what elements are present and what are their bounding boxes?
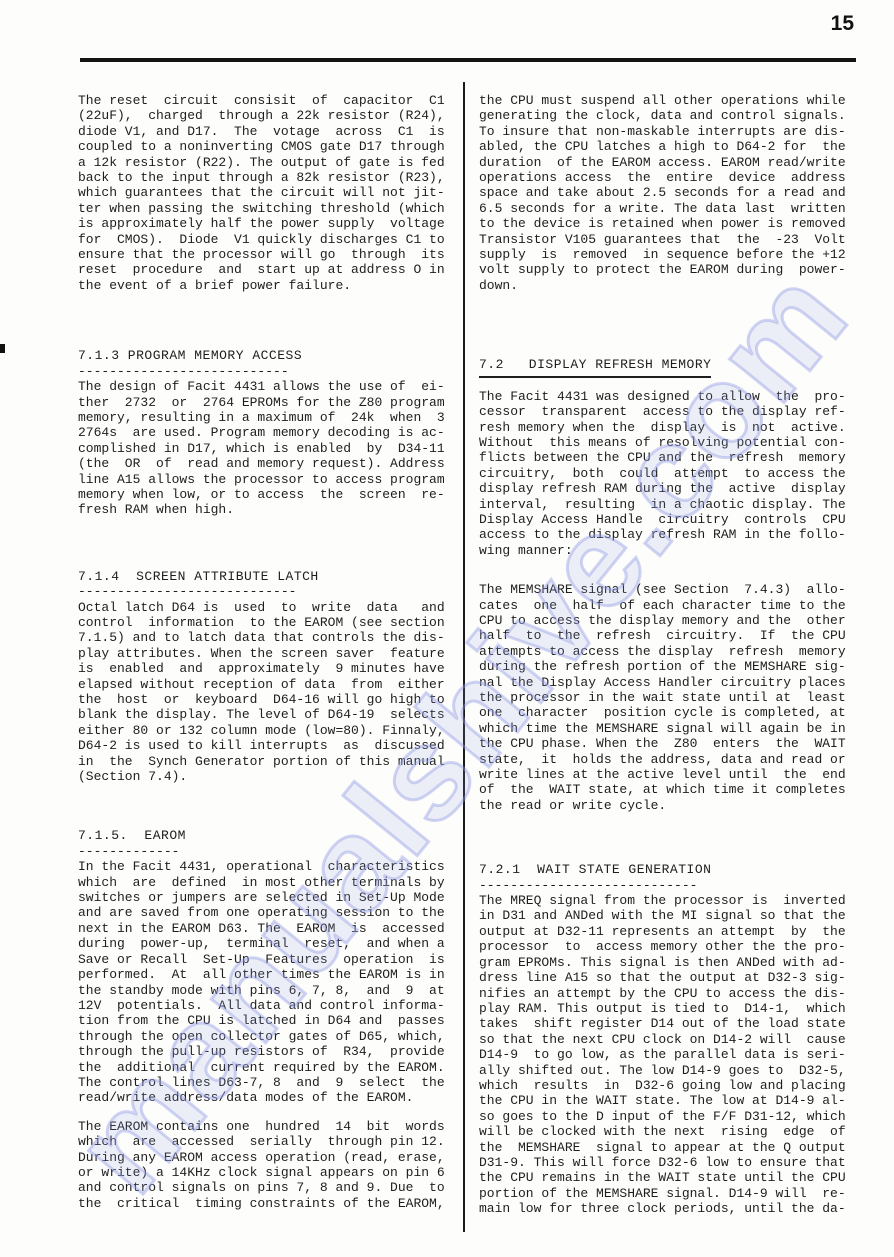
section-7-1-3-program-memory-access: 7.1.3 PROGRAM MEMORY ACCESS ------------…	[78, 348, 450, 517]
section-heading-underline: ----------------------------	[479, 878, 857, 893]
section-body: The design of Facit 4431 allows the use …	[78, 379, 450, 518]
section-body: The Facit 4431 was designed to allow the…	[479, 389, 857, 558]
left-column: The reset circuit consisit of capacitor …	[78, 93, 450, 1211]
section-7-1-4-screen-attribute-latch: 7.1.4 SCREEN ATTRIBUTE LATCH -----------…	[78, 569, 450, 785]
section-heading-underline: ---------------------------	[78, 364, 450, 379]
section-heading: 7.2 DISPLAY REFRESH MEMORY	[479, 357, 711, 377]
paragraph-cpu-suspend: the CPU must suspend all other operation…	[479, 93, 857, 293]
right-column: the CPU must suspend all other operation…	[479, 93, 857, 1217]
section-heading: 7.2.1 WAIT STATE GENERATION	[479, 862, 857, 877]
section-7-2-display-refresh-memory: 7.2 DISPLAY REFRESH MEMORY The Facit 443…	[479, 355, 857, 558]
paragraph-memshare: The MEMSHARE signal (see Section 7.4.3) …	[479, 582, 857, 813]
paragraph-earom-words: The EAROM contains one hundred 14 bit wo…	[78, 1119, 450, 1211]
section-body: The MREQ signal from the processor is in…	[479, 893, 857, 1217]
scan-edge-mark	[0, 344, 5, 353]
page-number: 15	[831, 12, 854, 36]
column-divider	[463, 82, 465, 1232]
section-heading-underline: -------------	[78, 844, 450, 859]
section-body: Octal latch D64 is used to write data an…	[78, 600, 450, 785]
section-heading: 7.1.3 PROGRAM MEMORY ACCESS	[78, 348, 450, 363]
paragraph-reset-circuit: The reset circuit consisit of capacitor …	[78, 93, 450, 293]
section-heading-underline: ----------------------------	[78, 584, 450, 599]
section-7-1-5-earom: 7.1.5. EAROM ------------- In the Facit …	[78, 828, 450, 1105]
manual-page: 15 manualshive.com The reset circuit con…	[0, 0, 894, 1257]
section-heading: 7.1.5. EAROM	[78, 828, 450, 843]
section-body: In the Facit 4431, operational character…	[78, 859, 450, 1106]
section-7-2-1-wait-state-generation: 7.2.1 WAIT STATE GENERATION ------------…	[479, 862, 857, 1216]
section-heading: 7.1.4 SCREEN ATTRIBUTE LATCH	[78, 569, 450, 584]
header-rule	[80, 58, 856, 62]
